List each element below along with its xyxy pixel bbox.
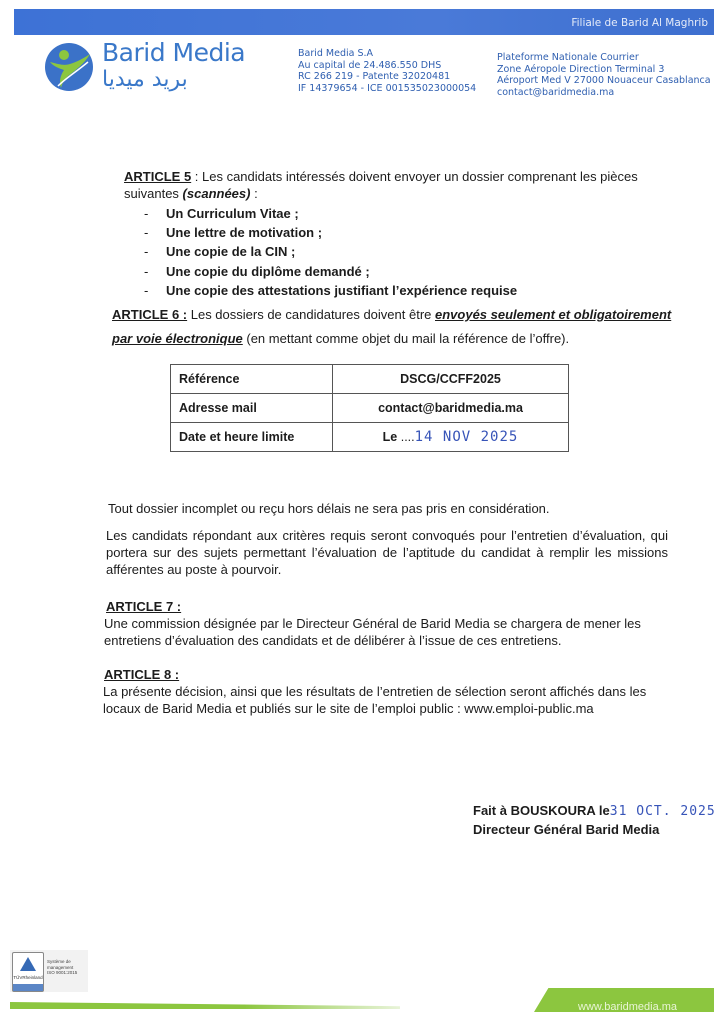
parent-company-tagline: Filiale de Barid Al Maghrib	[571, 17, 708, 29]
iso-certification-badge: TÜVRheinland Système de management ISO 9…	[10, 950, 88, 992]
table-row: Adresse mail contact@baridmedia.ma	[171, 394, 569, 423]
article-6: ARTICLE 6 : Les dossiers de candidatures…	[112, 303, 678, 351]
footer-green-stripe	[10, 1002, 400, 1009]
brand-name-arabic: بريد ميديا	[102, 67, 242, 93]
application-reference-table: Référence DSCG/CCFF2025 Adresse mail con…	[170, 364, 569, 452]
barid-media-logo-icon	[44, 42, 94, 92]
contact-email: contact@baridmedia.ma	[497, 87, 711, 99]
deadline-label: Date et heure limite	[171, 423, 333, 452]
signature-date-stamp: 31 OCT. 2025	[610, 804, 716, 819]
company-line: RC 266 219 - Patente 32020481	[298, 71, 476, 83]
tuv-logo-icon: TÜVRheinland	[12, 952, 44, 992]
scanned-emphasis: (scannées)	[183, 186, 251, 201]
article-7-text: Une commission désignée par le Directeur…	[104, 615, 672, 649]
deadline-value: Le ....14 NOV 2025	[333, 423, 569, 452]
article-7-title: ARTICLE 7 :	[106, 598, 181, 615]
address-line: Aéroport Med V 27000 Nouaceur Casablanca	[497, 75, 711, 87]
certification-text: Système de management ISO 9001:2015	[47, 959, 77, 976]
company-line: Barid Media S.A	[298, 48, 476, 60]
company-line: Au capital de 24.486.550 DHS	[298, 60, 476, 72]
article-6-title: ARTICLE 6 :	[112, 307, 187, 322]
required-documents-list: -Un Curriculum Vitae ; -Une lettre de mo…	[144, 204, 517, 300]
list-item: -Une copie de la CIN ;	[144, 242, 517, 261]
signature-block: Fait à BOUSKOURA le31 OCT. 2025 Directeu…	[473, 802, 716, 839]
deadline-date-stamp: 14 NOV 2025	[415, 429, 519, 445]
list-item: -Un Curriculum Vitae ;	[144, 204, 517, 223]
reference-value: DSCG/CCFF2025	[333, 365, 569, 394]
article-5-title: ARTICLE 5	[124, 169, 191, 184]
table-row: Référence DSCG/CCFF2025	[171, 365, 569, 394]
email-label: Adresse mail	[171, 394, 333, 423]
footer-green-tab: www.baridmedia.ma	[534, 988, 714, 1012]
table-row: Date et heure limite Le ....14 NOV 2025	[171, 423, 569, 452]
incomplete-file-notice: Tout dossier incomplet ou reçu hors déla…	[108, 500, 688, 517]
company-legal-info: Barid Media S.A Au capital de 24.486.550…	[298, 48, 476, 94]
list-item: -Une lettre de motivation ;	[144, 223, 517, 242]
article-8-title: ARTICLE 8 :	[104, 666, 179, 683]
article-5-intro: ARTICLE 5 : Les candidats intéressés doi…	[124, 168, 684, 202]
article-8-text: La présente décision, ainsi que les résu…	[103, 683, 671, 717]
list-item: -Une copie des attestations justifiant l…	[144, 281, 517, 300]
electronic-only-emphasis: envoyés seulement et obligatoirement	[435, 307, 671, 322]
convocation-paragraph: Les candidats répondant aux critères req…	[106, 527, 668, 578]
company-line: IF 14379654 - ICE 001535023000054	[298, 83, 476, 95]
list-item: -Une copie du diplôme demandé ;	[144, 262, 517, 281]
address-line: Plateforme Nationale Courrier	[497, 52, 711, 64]
email-value: contact@baridmedia.ma	[333, 394, 569, 423]
signature-place-date: Fait à BOUSKOURA le31 OCT. 2025	[473, 802, 716, 821]
website-url: www.baridmedia.ma	[578, 1001, 677, 1013]
header-band: Filiale de Barid Al Maghrib	[14, 9, 714, 35]
brand-wordmark: Barid Media بريد ميديا	[102, 39, 245, 93]
signatory-title: Directeur Général Barid Media	[473, 821, 716, 839]
reference-label: Référence	[171, 365, 333, 394]
address-line: Zone Aéropole Direction Terminal 3	[497, 64, 711, 76]
company-address: Plateforme Nationale Courrier Zone Aérop…	[497, 52, 711, 98]
brand-name-latin: Barid Media	[102, 39, 245, 67]
